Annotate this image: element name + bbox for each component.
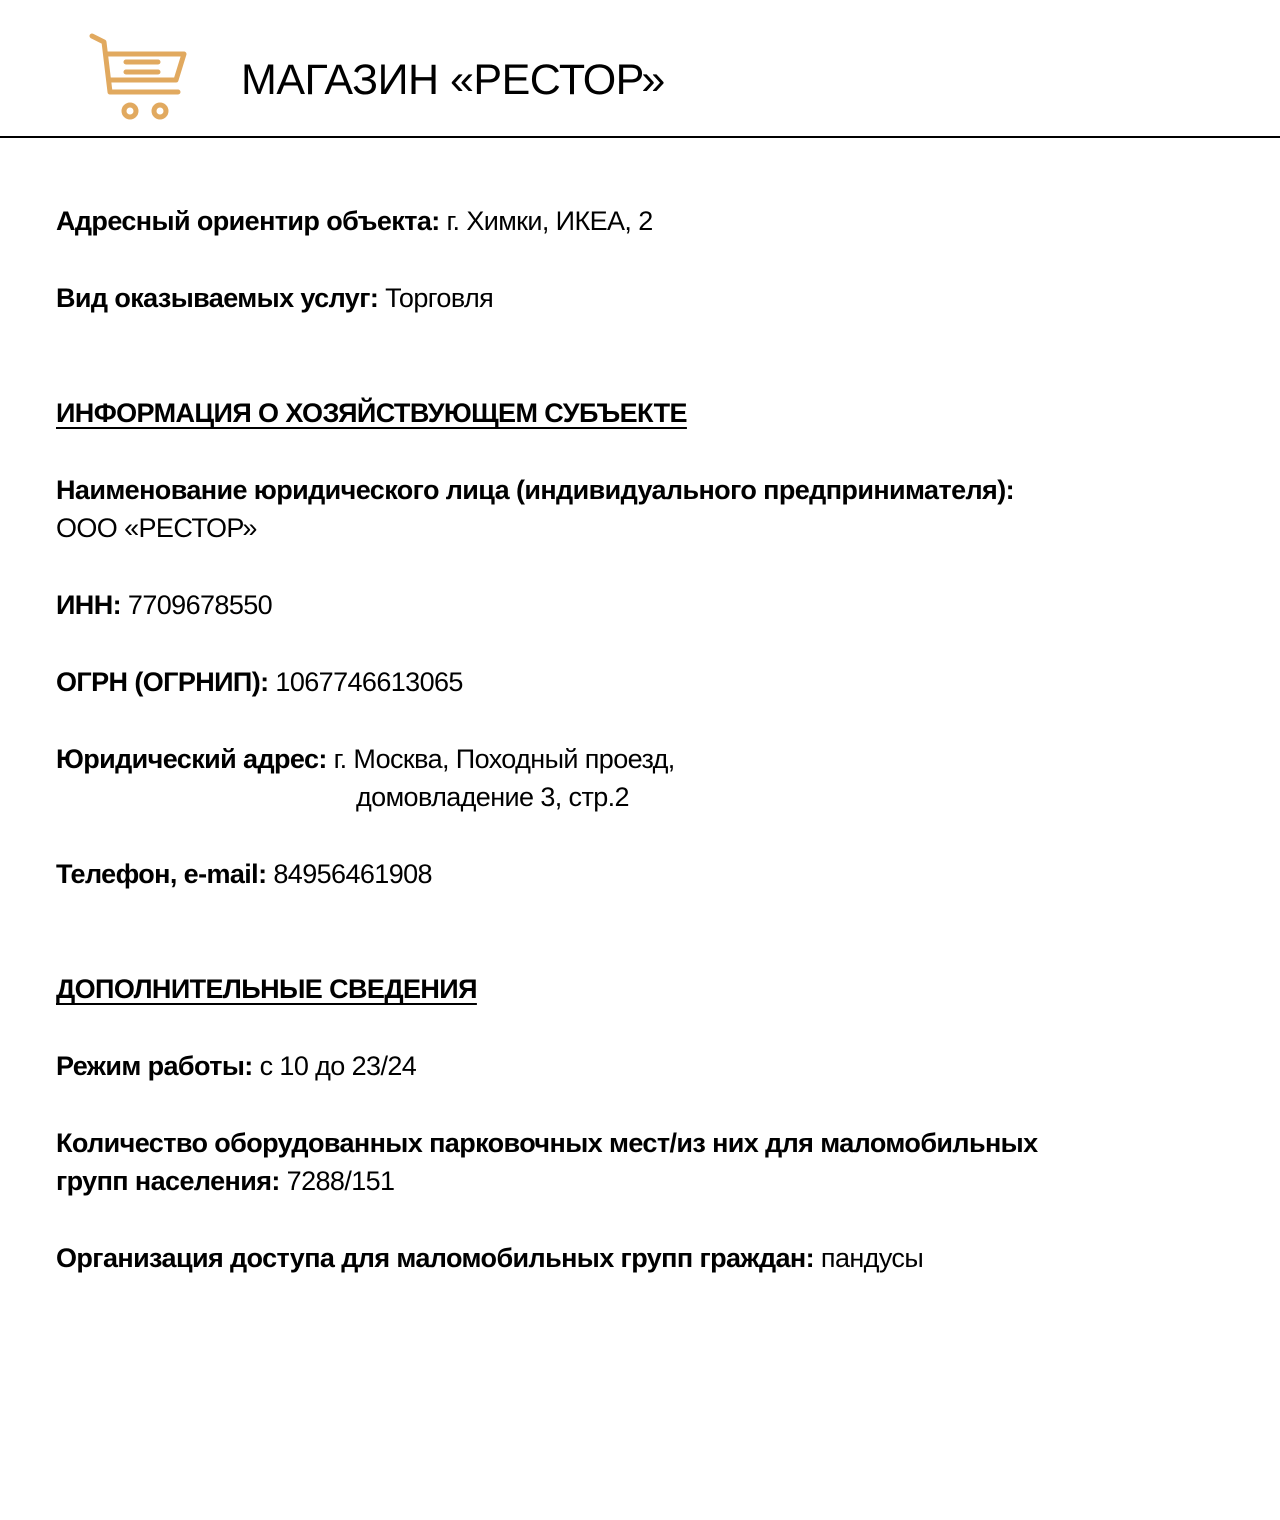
services-label: Вид оказываемых услуг:: [56, 283, 378, 313]
entity-name-label: Наименование юридического лица (индивиду…: [56, 475, 1014, 505]
legal-address-row: Юридический адрес: г. Москва, Походный п…: [56, 740, 675, 778]
inn-label: ИНН:: [56, 590, 121, 620]
legal-address-label: Юридический адрес:: [56, 744, 327, 774]
ogrn-row: ОГРН (ОГРНИП): 1067746613065: [56, 663, 463, 701]
access-value: пандусы: [814, 1243, 923, 1273]
object-address-value: г. Химки, ИКЕА, 2: [440, 206, 653, 236]
contact-label: Телефон, e-mail:: [56, 859, 266, 889]
extra-section-heading: ДОПОЛНИТЕЛЬНЫЕ СВЕДЕНИЯ: [56, 970, 477, 1008]
parking-label-line2: групп населения:: [56, 1166, 280, 1196]
shopping-cart-icon: [88, 32, 188, 124]
hours-label: Режим работы:: [56, 1051, 253, 1081]
legal-address-line1: г. Москва, Походный проезд,: [327, 744, 675, 774]
services-row: Вид оказываемых услуг: Торговля: [56, 279, 493, 317]
parking-value: 7288/151: [280, 1166, 395, 1196]
inn-row: ИНН: 7709678550: [56, 586, 272, 624]
page-title: МАГАЗИН «РЕСТОР»: [241, 52, 665, 108]
parking-label-row: Количество оборудованных парковочных мес…: [56, 1124, 1038, 1162]
object-address-label: Адресный ориентир объекта:: [56, 206, 440, 236]
page-header: МАГАЗИН «РЕСТОР»: [0, 0, 1280, 138]
object-address-row: Адресный ориентир объекта: г. Химки, ИКЕ…: [56, 202, 653, 240]
hours-value: с 10 до 23/24: [253, 1051, 416, 1081]
ogrn-value: 1067746613065: [269, 667, 463, 697]
parking-label-line1: Количество оборудованных парковочных мес…: [56, 1128, 1038, 1158]
ogrn-label: ОГРН (ОГРНИП):: [56, 667, 269, 697]
entity-section-heading: ИНФОРМАЦИЯ О ХОЗЯЙСТВУЮЩЕМ СУБЪЕКТЕ: [56, 394, 687, 432]
entity-name-value: ООО «РЕСТОР»: [56, 509, 257, 547]
parking-row: групп населения: 7288/151: [56, 1162, 394, 1200]
access-label: Организация доступа для маломобильных гр…: [56, 1243, 814, 1273]
legal-address-line2: домовладение 3, стр.2: [356, 778, 629, 816]
contact-row: Телефон, e-mail: 84956461908: [56, 855, 432, 893]
hours-row: Режим работы: с 10 до 23/24: [56, 1047, 416, 1085]
access-row: Организация доступа для маломобильных гр…: [56, 1239, 923, 1277]
entity-name-label-row: Наименование юридического лица (индивиду…: [56, 471, 1014, 509]
inn-value: 7709678550: [121, 590, 272, 620]
services-value: Торговля: [378, 283, 493, 313]
contact-value: 84956461908: [266, 859, 431, 889]
